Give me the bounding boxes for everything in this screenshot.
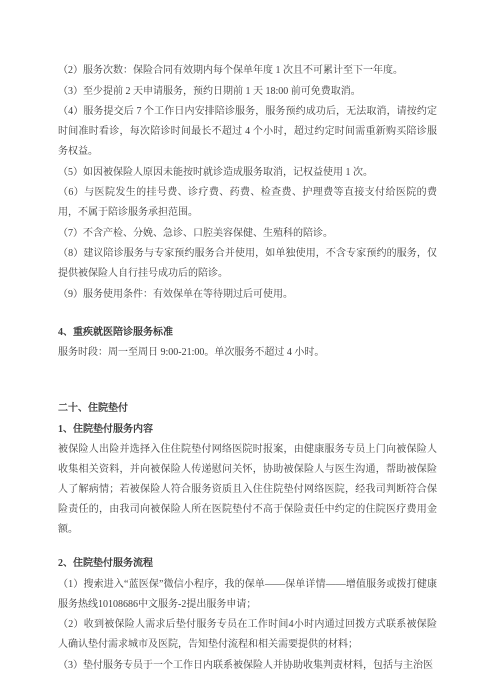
subsection-heading-service-content: 1、住院垫付服务内容 — [58, 420, 437, 440]
clause-item-3: （3）至少提前 2 天申请服务，预约日期前 1 天 18:00 前可免费取消。 — [58, 82, 437, 102]
service-content-paragraph: 被保险人出险并选择入住住院垫付网络医院时报案，由健康服务专员上门向被保险人收集相… — [58, 440, 437, 540]
clause-item-6: （6）与医院发生的挂号费、诊疗费、药费、检查费、护理费等直接支付给医院的费用，不… — [58, 183, 437, 223]
process-step-3: （3）垫付服务专员于一个工作日内联系被保险人并协助收集判责材料，包括与主治医 — [58, 656, 437, 676]
section-heading-accompany-standard: 4、重疾就医陪诊服务标准 — [58, 323, 437, 343]
clause-item-4: （4）服务提交后 7 个工作日内安排陪诊服务，服务预约成功后，无法取消，请按约定… — [58, 102, 437, 162]
clause-item-5: （5）如因被保险人原因未能按时就诊造成服务取消，记权益使用 1 次。 — [58, 163, 437, 183]
subsection-heading-service-process: 2、住院垫付服务流程 — [58, 554, 437, 574]
document-page: （2）服务次数：保险合同有效期内每个保单年度 1 次且不可累计至下一年度。 （3… — [0, 0, 495, 700]
service-hours-text: 服务时段：周一至周日 9:00-21:00。单次服务不超过 4 小时。 — [58, 343, 437, 363]
process-step-2: （2）收到被保险人需求后垫付服务专员在工作时间4小时内通过回拨方式联系被保险人确… — [58, 615, 437, 655]
clause-item-2: （2）服务次数：保险合同有效期内每个保单年度 1 次且不可累计至下一年度。 — [58, 61, 437, 81]
clause-item-7: （7）不含产检、分娩、急诊、口腔美容保健、生殖科的陪诊。 — [58, 224, 437, 244]
process-step-1: （1）搜索进入“蓝医保”微信小程序，我的保单——保单详情——增值服务或拨打健康服… — [58, 575, 437, 615]
clause-item-8: （8）建议陪诊服务与专家预约服务合并使用，如单独使用，不含专家预约的服务，仅提供… — [58, 244, 437, 284]
chapter-heading-hospital-advance: 二十、住院垫付 — [58, 399, 437, 419]
clause-item-9: （9）服务使用条件：有效保单在等待期过后可使用。 — [58, 285, 437, 305]
